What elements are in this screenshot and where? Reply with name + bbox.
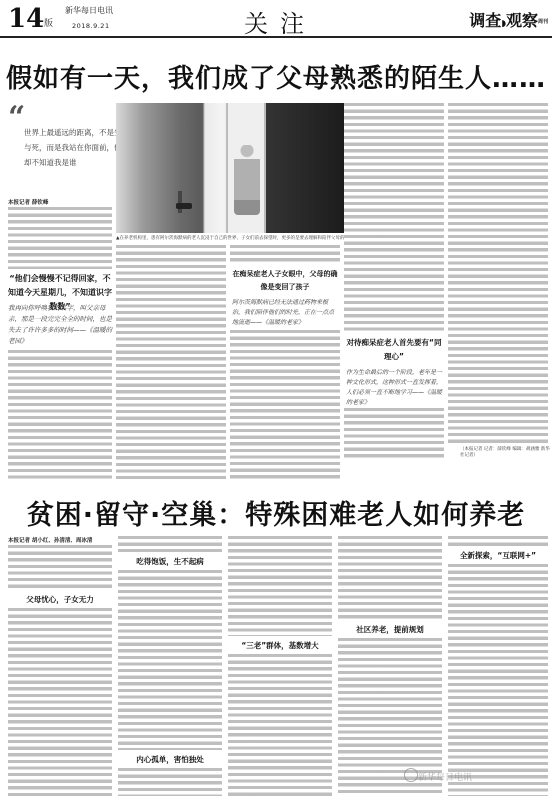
story1-credit: （本报记者 记者：薛钦峰 编辑：胡涵雅 新华社记者） — [460, 446, 552, 458]
story1-subhead-2: 在痴呆症老人子女眼中，父母的确像是变回了孩子 — [230, 268, 340, 294]
story1-italic-quote-3: 作为生命最后的一个阶段，老年是一种文化形式，这种形式一直发挥着，人们必须一直不断… — [346, 368, 442, 408]
watermark-logo-icon — [404, 768, 418, 782]
masthead: 14 版 新华每日电讯 2018.9.21 关注 调查◗观察周刊 — [0, 0, 552, 38]
story1-body-col4a: text — [344, 103, 444, 333]
story2-subhead-1: 父母忧心，子女无力 — [8, 594, 112, 605]
watermark: 新华每日电讯 — [418, 770, 472, 783]
story2-subhead-4: “三老”群体，基数增大 — [228, 640, 332, 651]
story2-body-col4a: text — [338, 536, 442, 622]
story1-italic-quote-2: 阿尔茨海默病已经无法通过药物来根治，我们陪伴他们的时光，正在一点点地流逝——《温… — [232, 298, 338, 328]
story1-photo — [116, 103, 344, 233]
story2-headline: 贫困·留守·空巢：特殊困难老人如何养老 — [0, 493, 552, 532]
story1-body-col3a: text — [230, 245, 340, 265]
column-brand: 调查◗观察周刊 — [469, 8, 548, 31]
story1-byline: 本报记者 薛钦峰 — [8, 198, 48, 206]
story1-pullquote: 世界上最遥远的距离，不是生与死，而是我站在你面前，你却不知道我是谁 — [24, 125, 124, 170]
story2-subhead-5: 社区养老，提前规划 — [338, 624, 442, 635]
page-number: 14 — [8, 6, 44, 32]
story2-subhead-3: 内心孤单，害怕独处 — [118, 754, 222, 765]
column-brand-tiny: 周刊 — [538, 19, 548, 25]
quote-mark-icon: “ — [8, 103, 25, 133]
story1-headline: 假如有一天，我们成了父母熟悉的陌生人…… — [0, 58, 552, 95]
story2-body-col5a: text — [448, 536, 548, 546]
story1-body-col1a: text — [8, 207, 112, 269]
photo-elderly-person — [234, 145, 260, 215]
story2-body-col3b: text — [228, 654, 332, 796]
story2-body-col1b: text — [8, 608, 112, 796]
photo-door-handle — [176, 203, 192, 209]
column-brand-part2: 观察 — [506, 11, 538, 30]
issue-date: 2018.9.21 — [72, 22, 110, 30]
column-brand-part1: 调查 — [469, 11, 501, 30]
photo-door-lock — [178, 191, 182, 213]
section-title: 关注 — [240, 4, 320, 39]
story1-italic-quote-1: 我再向你呼唤我的名字，叫父亲母亲，那是一段完完全全的时间，也是失去了许许多多的时… — [8, 303, 112, 347]
paper-name: 新华每日电讯 — [65, 5, 113, 16]
page-suffix: 版 — [44, 16, 53, 29]
story2-body-col3a: text — [228, 536, 332, 636]
story2-body-col2c: text — [118, 768, 222, 796]
story2-byline: 本报记者 胡小红、孙清清、周冰清 — [8, 536, 92, 544]
story2-subhead-6: 全新探索，“互联网+” — [448, 550, 548, 561]
story1-body-col4b: text — [344, 408, 444, 458]
story1-subhead-3: 对待痴呆症老人首先要有“同理心” — [344, 336, 444, 364]
story2-body-col1a: text — [8, 545, 112, 590]
story2-body-col2a: text — [118, 536, 222, 552]
story1-body-col5: text — [448, 103, 548, 443]
photo-caption: ▲在养老机构里，患有阿尔茨海默病的老人沉浸于自己的世界，子女们前去探望时，更多的… — [116, 235, 344, 241]
story2-subhead-2: 吃得饱饭，生不起病 — [118, 556, 222, 567]
story1-body-col3b: text — [230, 330, 340, 480]
story2-body-col5b: text — [448, 564, 548, 796]
story1-body-col1b: text — [8, 350, 112, 480]
story1-body-col2: text — [116, 245, 226, 480]
story2-body-col2b: text — [118, 570, 222, 750]
